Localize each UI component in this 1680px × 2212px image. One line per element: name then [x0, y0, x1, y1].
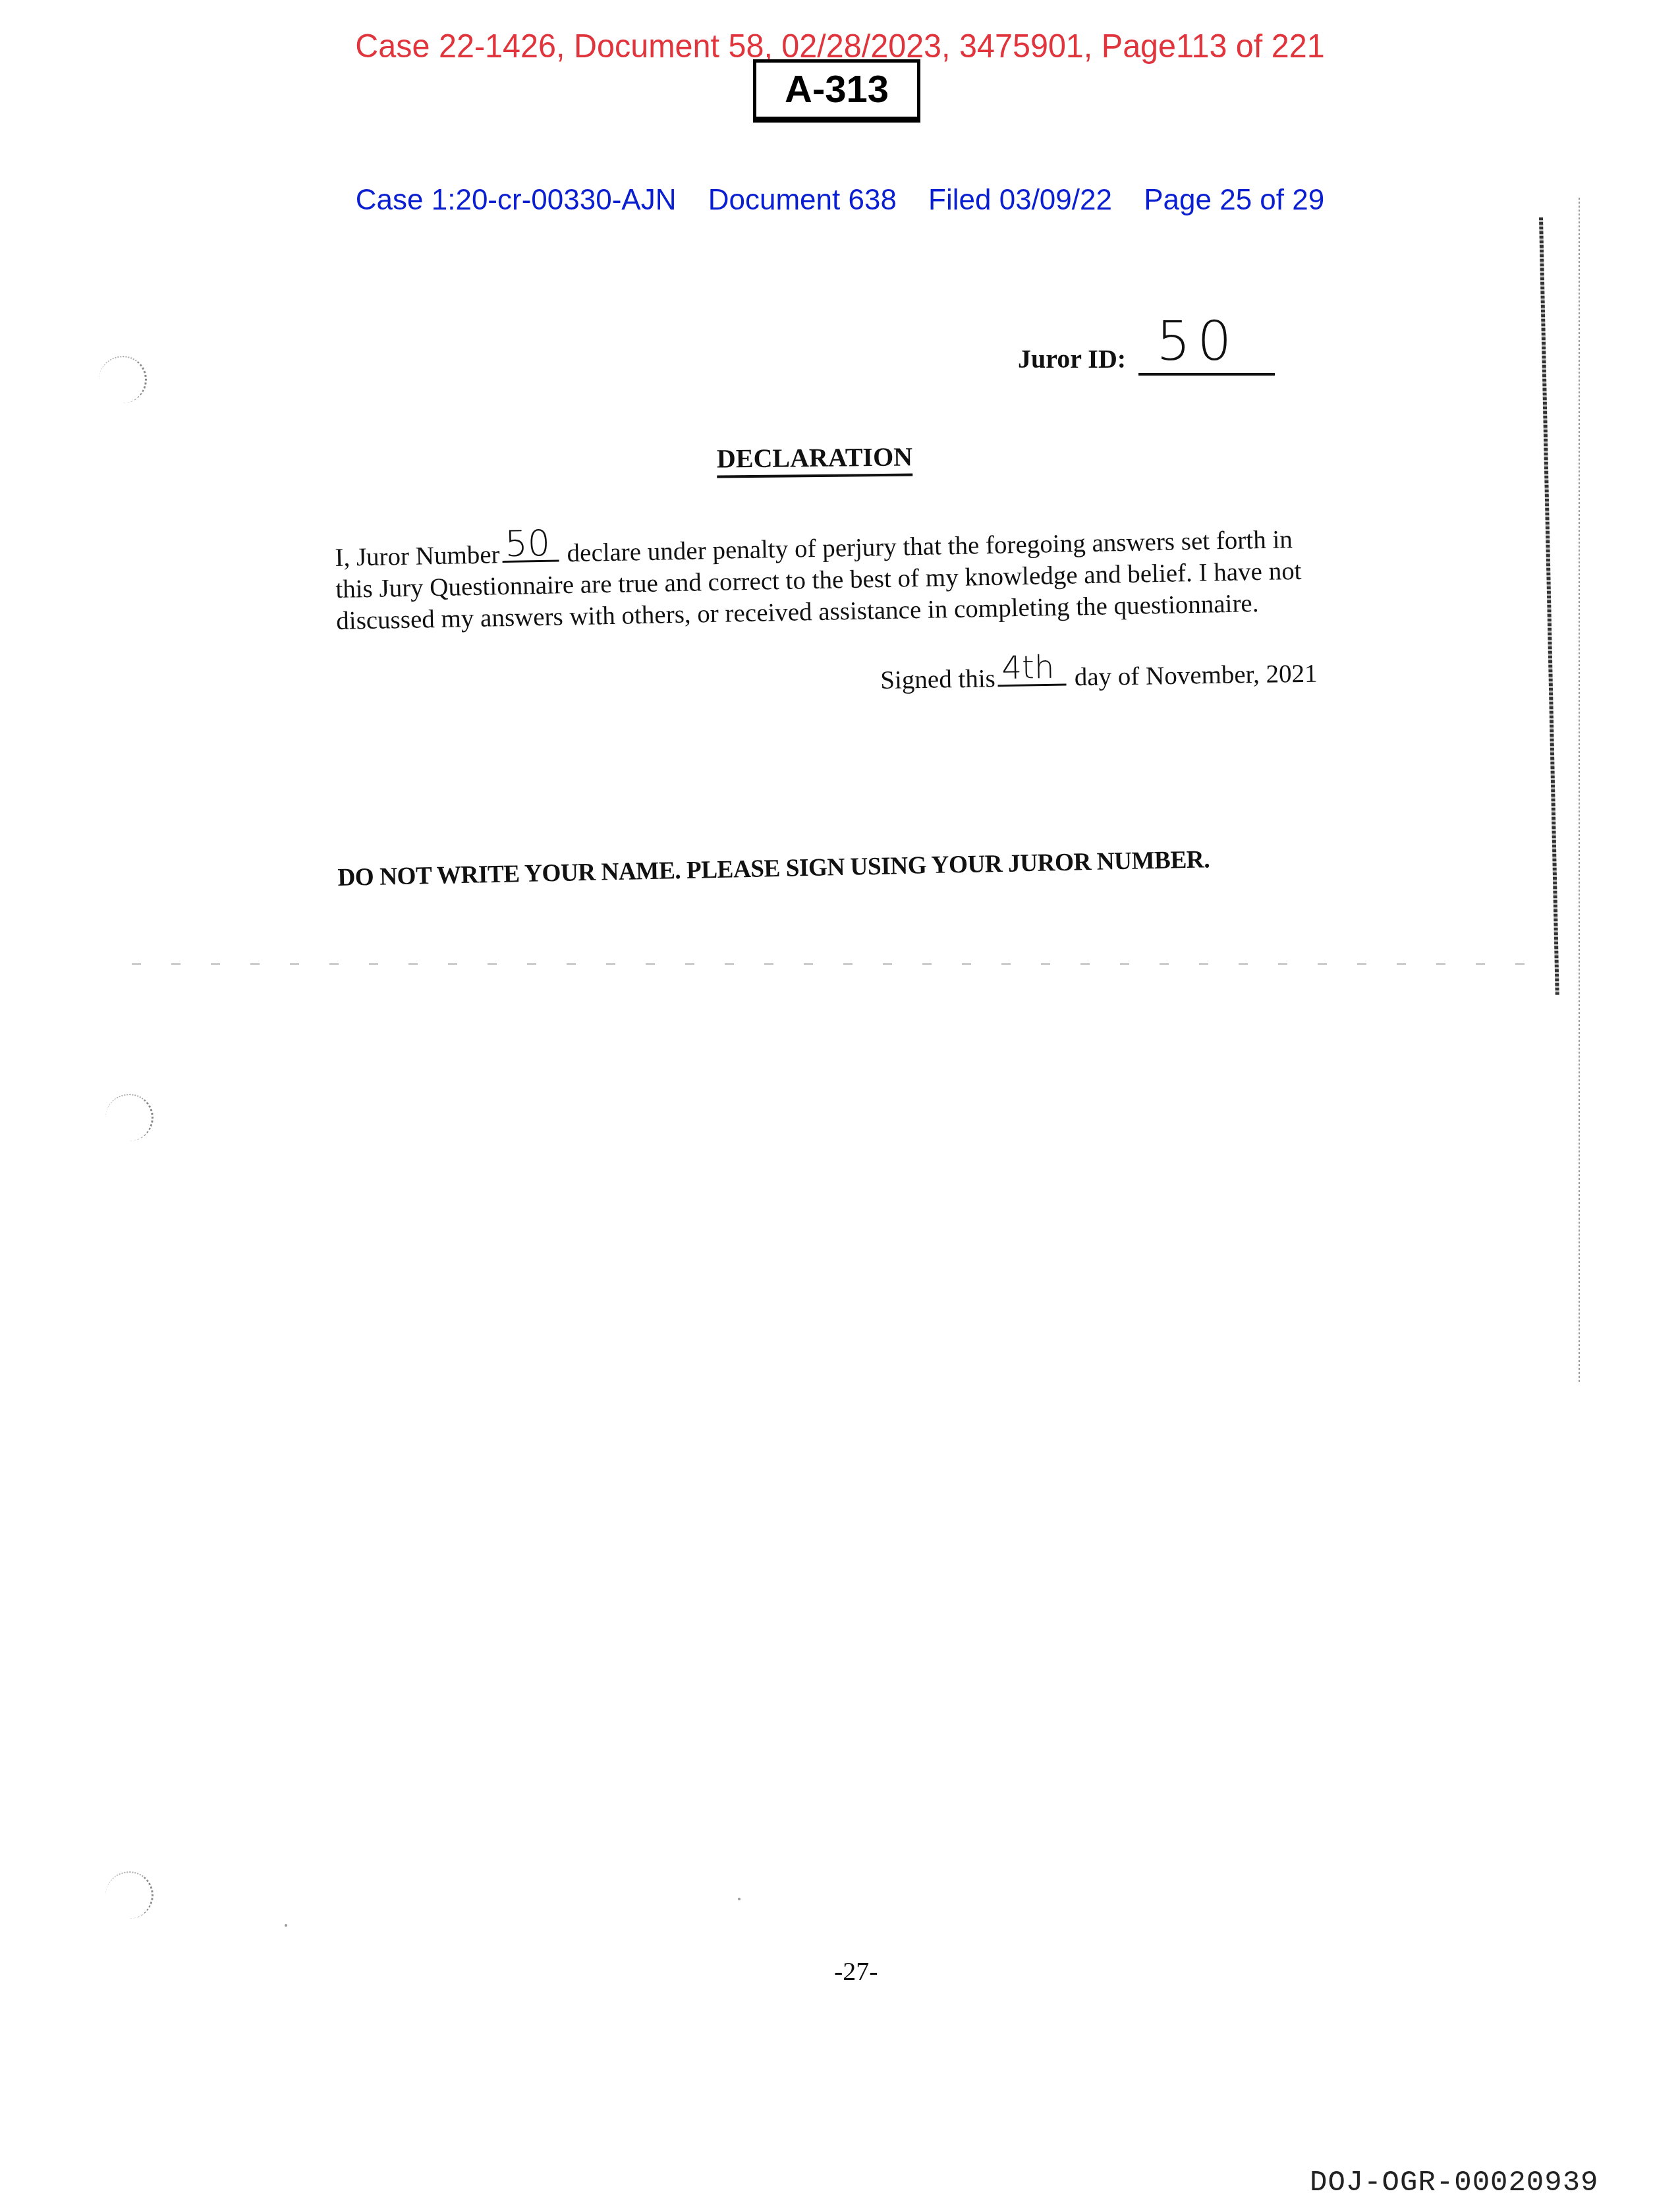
page-number: -27-: [834, 1956, 878, 1987]
signed-day-handwritten: 4th: [1001, 650, 1055, 686]
scan-speck: [285, 1924, 287, 1927]
juror-id-handwritten-value: 50: [1156, 310, 1238, 373]
juror-id-label: Juror ID:: [1018, 343, 1126, 374]
scan-fold-line: [132, 963, 1542, 965]
district-filed-date: Filed 03/09/22: [928, 184, 1112, 216]
signed-prefix: Signed this: [880, 664, 995, 695]
declaration-paragraph: I, Juror Number50declare under penalty o…: [335, 522, 1364, 637]
bates-number: DOJ-OGR-00020939: [1310, 2167, 1598, 2199]
signed-suffix: day of November, 2021: [1074, 660, 1317, 692]
binder-hole-mark: [99, 356, 147, 403]
juror-number-blank: 50: [502, 537, 559, 563]
district-case-number: Case 1:20-cr-00330-AJN: [356, 184, 677, 216]
juror-number-notice: DO NOT WRITE YOUR NAME. PLEASE SIGN USIN…: [337, 845, 1210, 892]
binder-hole-mark: [105, 1871, 154, 1919]
juror-id-field: Juror ID: 50: [1018, 316, 1308, 382]
juror-number-handwritten: 50: [505, 526, 551, 562]
signed-day-blank: 4th: [997, 662, 1067, 687]
declaration-title: DECLARATION: [717, 441, 913, 478]
binder-hole-mark: [105, 1094, 154, 1141]
signature-date-line: Signed this4thday of November, 2021: [880, 658, 1318, 695]
district-page-count: Page 25 of 29: [1144, 184, 1324, 216]
scan-speck: [738, 1898, 741, 1900]
juror-id-underline: [1138, 373, 1275, 376]
exhibit-label-box: A-313: [753, 59, 920, 123]
scan-page-edge: [1539, 217, 1559, 995]
district-document-number: Document 638: [708, 184, 897, 216]
declaration-prefix: I, Juror Number: [335, 540, 500, 572]
district-case-stamp: Case 1:20-cr-00330-AJN Document 638 File…: [0, 182, 1680, 219]
scan-page-edge: [1579, 198, 1580, 1384]
